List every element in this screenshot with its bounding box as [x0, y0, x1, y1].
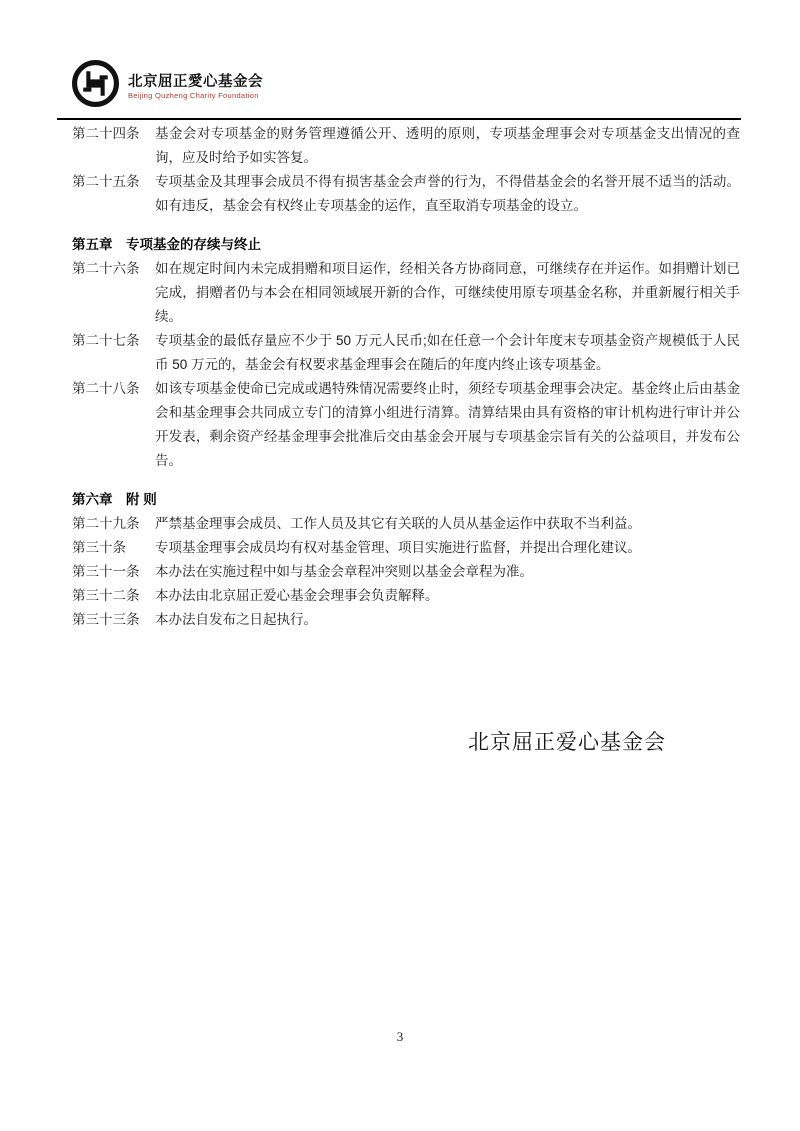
article-label: 第二十七条	[72, 329, 155, 377]
header-divider	[57, 118, 741, 120]
article-text: 本办法自发布之日起执行。	[155, 608, 740, 632]
signature-foundation-name: 北京屈正爱心基金会	[468, 726, 666, 756]
document-body: 第二十四条 基金会对专项基金的财务管理遵循公开、透明的原则，专项基金理事会对专项…	[72, 122, 740, 632]
article-label: 第二十八条	[72, 377, 155, 473]
article-31: 第三十一条 本办法在实施过程中如与基金会章程冲突则以基金会章程为准。	[72, 560, 740, 584]
article-label: 第二十五条	[72, 170, 155, 218]
foundation-pinwheel-logo-icon	[71, 59, 120, 108]
article-29: 第二十九条 严禁基金理事会成员、工作人员及其它有关联的人员从基金运作中获取不当利…	[72, 512, 740, 536]
article-text: 严禁基金理事会成员、工作人员及其它有关联的人员从基金运作中获取不当利益。	[155, 512, 740, 536]
article-label: 第三十一条	[72, 560, 155, 584]
article-33: 第三十三条 本办法自发布之日起执行。	[72, 608, 740, 632]
article-text: 专项基金及其理事会成员不得有损害基金会声誉的行为，不得借基金会的名誉开展不适当的…	[155, 170, 740, 218]
foundation-name-cn: 北京屈正愛心基金会	[128, 74, 263, 90]
article-25: 第二十五条 专项基金及其理事会成员不得有损害基金会声誉的行为，不得借基金会的名誉…	[72, 170, 740, 218]
page-number: 3	[0, 1029, 800, 1045]
article-label: 第三十三条	[72, 608, 155, 632]
foundation-header: 北京屈正愛心基金会 Beijing Quzheng Charity Founda…	[71, 59, 263, 108]
article-text: 专项基金理事会成员均有权对基金管理、项目实施进行监督，并提出合理化建议。	[155, 536, 740, 560]
article-text: 如在规定时间内未完成捐赠和项目运作，经相关各方协商同意，可继续存在并运作。如捐赠…	[155, 257, 740, 329]
article-label: 第二十六条	[72, 257, 155, 329]
article-text: 基金会对专项基金的财务管理遵循公开、透明的原则，专项基金理事会对专项基金支出情况…	[155, 122, 740, 170]
article-30: 第三十条 专项基金理事会成员均有权对基金管理、项目实施进行监督，并提出合理化建议…	[72, 536, 740, 560]
article-label: 第二十四条	[72, 122, 155, 170]
article-label: 第三十二条	[72, 584, 155, 608]
article-24: 第二十四条 基金会对专项基金的财务管理遵循公开、透明的原则，专项基金理事会对专项…	[72, 122, 740, 170]
chapter-5-heading: 第五章 专项基金的存续与终止	[72, 233, 740, 257]
article-text: 本办法由北京屈正爱心基金会理事会负责解释。	[155, 584, 740, 608]
article-text: 本办法在实施过程中如与基金会章程冲突则以基金会章程为准。	[155, 560, 740, 584]
article-label: 第二十九条	[72, 512, 155, 536]
document-page: 北京屈正愛心基金会 Beijing Quzheng Charity Founda…	[0, 0, 800, 1131]
foundation-logo-text: 北京屈正愛心基金会 Beijing Quzheng Charity Founda…	[128, 74, 263, 101]
chapter-6-heading: 第六章 附 则	[72, 488, 740, 512]
article-26: 第二十六条 如在规定时间内未完成捐赠和项目运作，经相关各方协商同意，可继续存在并…	[72, 257, 740, 329]
foundation-name-en: Beijing Quzheng Charity Foundation	[128, 91, 263, 101]
article-28: 第二十八条 如该专项基金使命已完成或遇特殊情况需要终止时，须经专项基金理事会决定…	[72, 377, 740, 473]
article-32: 第三十二条 本办法由北京屈正爱心基金会理事会负责解释。	[72, 584, 740, 608]
article-text: 专项基金的最低存量应不少于 50 万元人民币;如在任意一个会计年度末专项基金资产…	[155, 329, 740, 377]
article-label: 第三十条	[72, 536, 155, 560]
article-27: 第二十七条 专项基金的最低存量应不少于 50 万元人民币;如在任意一个会计年度末…	[72, 329, 740, 377]
article-text: 如该专项基金使命已完成或遇特殊情况需要终止时，须经专项基金理事会决定。基金终止后…	[155, 377, 740, 473]
